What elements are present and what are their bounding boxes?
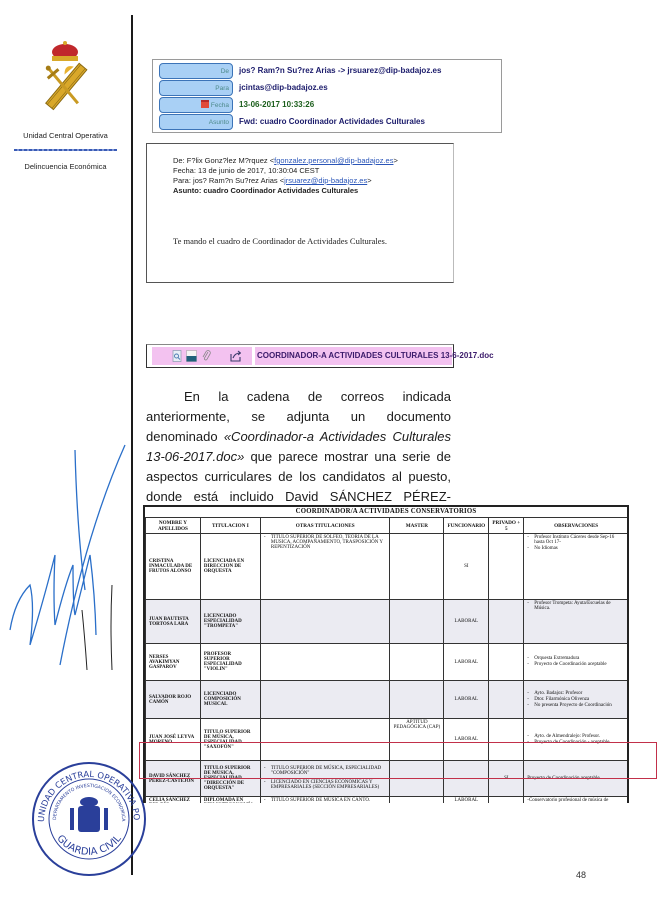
col-header: NOMBRE Y APELLIDOS [146, 518, 201, 534]
table-row: JUAN JOSÉ LEYVA MORENO TITULO SUPERIOR D… [146, 719, 629, 761]
from-value[interactable]: jos? Ram?n Su?rez Arias -> jrsuarez@dip-… [239, 63, 441, 79]
col-header: TITULACION I [200, 518, 260, 534]
official-stamp-icon: UNIDAD CENTRAL OPERATIVA POLICIA JUDICIA… [30, 760, 148, 878]
table-row-highlighted: DAVID SÁNCHEZ PÉREZ-CASTEJÓN TITULO SUPE… [146, 761, 629, 797]
candidates-table-image: COORDINADOR/A ACTIVIDADES CONSERVATORIOS… [143, 505, 629, 803]
calendar-icon [201, 100, 209, 108]
from-label: De [159, 63, 233, 79]
col-header: OTRAS TITULACIONES [260, 518, 390, 534]
subject-label: Asunto [159, 114, 233, 130]
doc-file-icon[interactable] [186, 350, 197, 362]
from-email-link[interactable]: fgonzalez.personal@dip-badajoz.es [274, 156, 393, 165]
date-value: 13-06-2017 10:33:26 [239, 97, 314, 113]
paperclip-icon[interactable] [202, 350, 211, 362]
svg-text:GUARDIA CIVIL: GUARDIA CIVIL [54, 833, 124, 858]
email-body-panel: De: F?lix Gonz?lez M?rquez <fgonzalez.pe… [146, 143, 454, 283]
table-row: CRISTINA INMACULADA DE FRUTOS ALONSO LIC… [146, 534, 629, 600]
email-header-subject-row: Asunto Fwd: cuadro Coordinador Actividad… [159, 114, 499, 131]
guardia-civil-emblem-icon [30, 38, 100, 118]
to-value[interactable]: jcintas@dip-badajoz.es [239, 80, 328, 96]
forwarded-date-line: Fecha: 13 de junio de 2017, 10:30:04 CES… [173, 166, 319, 175]
forwarded-from-line: De: F?lix Gonz?lez M?rquez <fgonzalez.pe… [173, 156, 398, 165]
to-email-link[interactable]: jrsuarez@dip-badajoz.es [284, 176, 367, 185]
table-row: NERSES AVAKIMYAN GASPAROV PROFESOR SUPER… [146, 644, 629, 681]
table-header-row: NOMBRE Y APELLIDOS TITULACION I OTRAS TI… [146, 518, 629, 534]
email-header-to-row: Para jcintas@dip-badajoz.es [159, 80, 499, 97]
email-header-from-row: De jos? Ram?n Su?rez Arias -> jrsuarez@d… [159, 63, 499, 80]
org-name: Unidad Central Operativa [0, 131, 131, 140]
email-header-date-row: Fecha 13-06-2017 10:33:26 [159, 97, 499, 114]
org-unit: Delincuencia Económica [0, 162, 131, 171]
subject-value: Fwd: cuadro Coordinador Actividades Cult… [239, 114, 425, 130]
table-title: COORDINADOR/A ACTIVIDADES CONSERVATORIOS [145, 508, 627, 515]
attachment-bar: COORDINADOR-A ACTIVIDADES CULTURALES 13-… [146, 344, 454, 368]
col-header: OBSERVACIONES [524, 518, 629, 534]
col-header: PRIVADO + 5 [489, 518, 524, 534]
email-header-panel: De jos? Ram?n Su?rez Arias -> jrsuarez@d… [152, 59, 502, 133]
table-row: JUAN BAUTISTA TORTOSA LARA LICENCIADO ES… [146, 600, 629, 644]
handwritten-signature-icon [0, 430, 135, 670]
table-row: CELIA SÁNCHEZ DEL RÍO DIPLOMADA EN BIBLI… [146, 797, 629, 804]
forwarded-subject-line: Asunto: cuadro Coordinador Actividades C… [173, 186, 358, 195]
to-label: Para [159, 80, 233, 96]
export-icon[interactable] [230, 350, 241, 362]
col-header: FUNCIONARIO [444, 518, 489, 534]
candidates-table: NOMBRE Y APELLIDOS TITULACION I OTRAS TI… [145, 517, 629, 803]
preview-icon[interactable] [172, 350, 182, 362]
org-divider [14, 149, 117, 151]
page-number: 48 [576, 870, 586, 880]
date-label: Fecha [159, 97, 233, 113]
forwarded-to-line: Para: jos? Ram?n Su?rez Arias <jrsuarez@… [173, 176, 372, 185]
email-message: Te mando el cuadro de Coordinador de Act… [173, 236, 387, 246]
col-header: MASTER [390, 518, 444, 534]
table-row: SALVADOR ROJO CAMÓN LICENCIADO COMPOSICI… [146, 681, 629, 719]
attachment-filename[interactable]: COORDINADOR-A ACTIVIDADES CULTURALES 13-… [257, 347, 452, 365]
